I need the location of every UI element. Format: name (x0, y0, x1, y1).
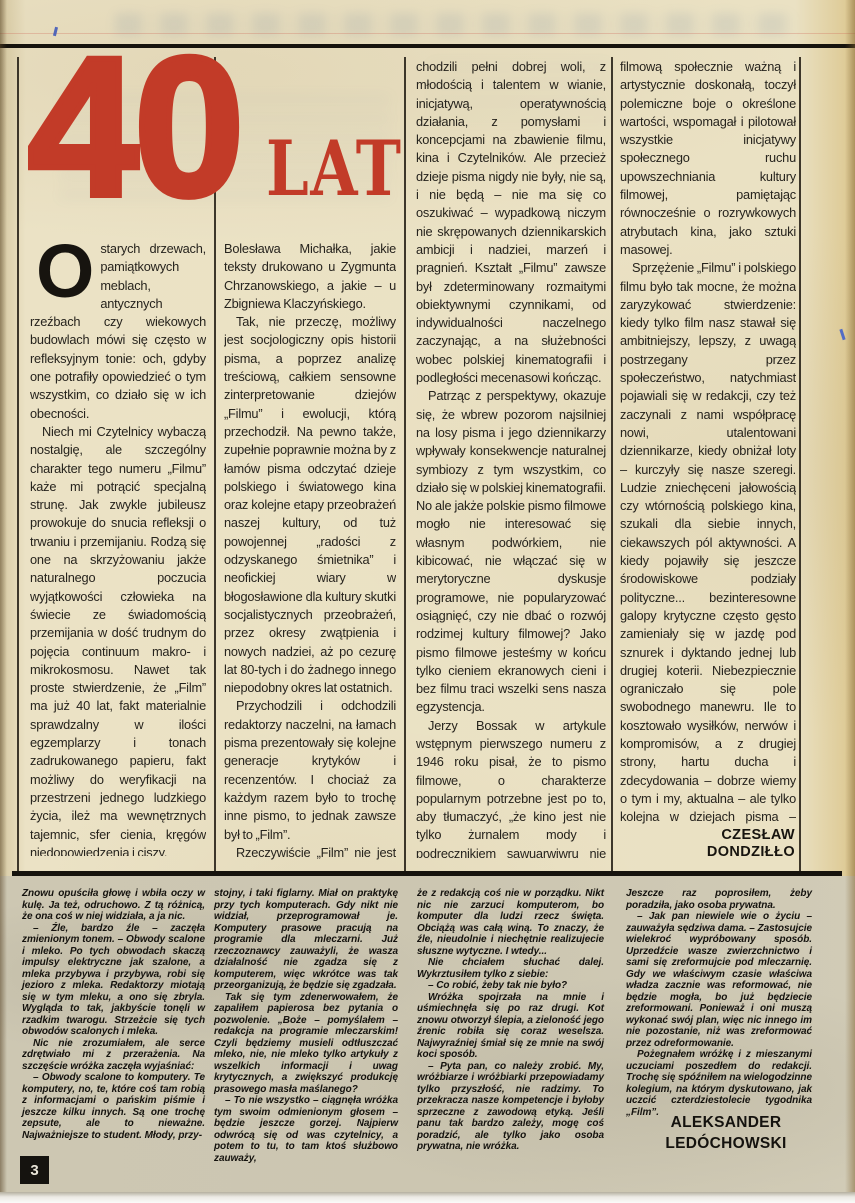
feature-author-signature: ALEKSANDER LEDÓCHOWSKI (648, 1112, 804, 1154)
feature-column-3: że z redakcją coś nie w porządku. Nikt n… (417, 888, 604, 1153)
frame-rule-right (799, 57, 801, 872)
paragraph: stojny, i taki figlarny. Miał on praktyk… (214, 888, 398, 992)
paragraph: Znowu opuściła głowę i wbiła oczy w kulę… (22, 888, 205, 923)
paragraph: Wróżka spojrzała na mnie i uśmiechnęła s… (417, 992, 604, 1061)
article-column-1: Ostarych drzewach, pamiątkowych meblach,… (30, 240, 206, 856)
column-rule (611, 57, 613, 872)
paragraph: Sprzężenie „Filmu” i polskiego filmu był… (620, 259, 796, 828)
paragraph: – Źle, bardzo źle – zaczęła zmienionym t… (22, 923, 205, 1038)
section-divider-rule (12, 871, 842, 876)
column-rule (404, 57, 406, 872)
paragraph: że z redakcją coś nie w porządku. Nikt n… (417, 888, 604, 957)
article-column-2: Bolesława Michałka, jakie teksty drukowa… (224, 240, 396, 860)
page-number: 3 (20, 1156, 49, 1184)
paragraph: Jerzy Bossak w artykule wstępnym pierwsz… (416, 717, 606, 858)
paragraph: – To nie wszystko – ciągnęła wróżka tym … (214, 1095, 398, 1164)
paragraph: Tak się tym zdenerwowałem, że zapaliłem … (214, 992, 398, 1096)
paragraph: Nic nie zrozumiałem, ale serce zdrętwiał… (22, 1038, 205, 1073)
paragraph: Pożegnałem wróżkę i z mieszanymi uczucia… (626, 1049, 812, 1118)
paragraph: filmową społecznie ważną i artystycznie … (620, 58, 796, 259)
feature-column-1: Znowu opuściła głowę i wbiła oczy w kulę… (22, 888, 205, 1141)
article-column-3: chodzili pełni dobrej woli, z młodością … (416, 58, 606, 858)
frame-rule-left (17, 57, 19, 872)
paragraph: Bolesława Michałka, jakie teksty drukowa… (224, 240, 396, 313)
paragraph: – Obwody scalone to komputery. Te komput… (22, 1072, 205, 1141)
feature-column-2: stojny, i taki figlarny. Miał on praktyk… (214, 888, 398, 1164)
paragraph: Przychodzili i odchodzili redaktorzy nac… (224, 697, 396, 843)
paragraph: Niech mi Czytelnicy wybaczą nostalgię, a… (30, 423, 206, 856)
paragraph: – Co robić, żeby tak nie było? (417, 980, 604, 992)
paragraph: Nie chciałem słuchać dalej. Wykrztusiłem… (417, 957, 604, 980)
article-column-4: filmową społecznie ważną i artystycznie … (620, 58, 796, 828)
paragraph: Patrząc z perspektywy, okazuje się, że w… (416, 387, 606, 716)
paragraph: Ostarych drzewach, pamiątkowych meblach,… (30, 240, 206, 423)
feature-column-4: Jeszcze raz poprosiłem, żeby poradziła, … (626, 888, 812, 1118)
author-signature: CZESŁAW DONDZIŁŁO (640, 827, 795, 860)
page-edge-bottom (0, 1192, 855, 1203)
headline-word-lat: LAT (266, 131, 403, 207)
paragraph: – Pyta pan, co należy zrobić. My, wróżbi… (417, 1061, 604, 1153)
magazine-page: 40 LAT Ostarych drzewach, pamiątkowych m… (0, 0, 855, 1203)
paragraph: Jeszcze raz poprosiłem, żeby poradziła, … (626, 888, 812, 911)
paragraph: Rzeczywiście „Film” nie jest starym drze… (224, 844, 396, 860)
headline-number-40: 40 (28, 28, 240, 226)
page-edge-shadow-right (845, 0, 855, 1203)
dropcap-letter: O (36, 242, 94, 300)
paragraph: Tak, nie przeczę, możliwy jest socjologi… (224, 313, 396, 697)
paragraph: – Jak pan niewiele wie o życiu – zauważy… (626, 911, 812, 1049)
page-edge-shadow-left (0, 0, 7, 1203)
paragraph: chodzili pełni dobrej woli, z młodością … (416, 58, 606, 387)
